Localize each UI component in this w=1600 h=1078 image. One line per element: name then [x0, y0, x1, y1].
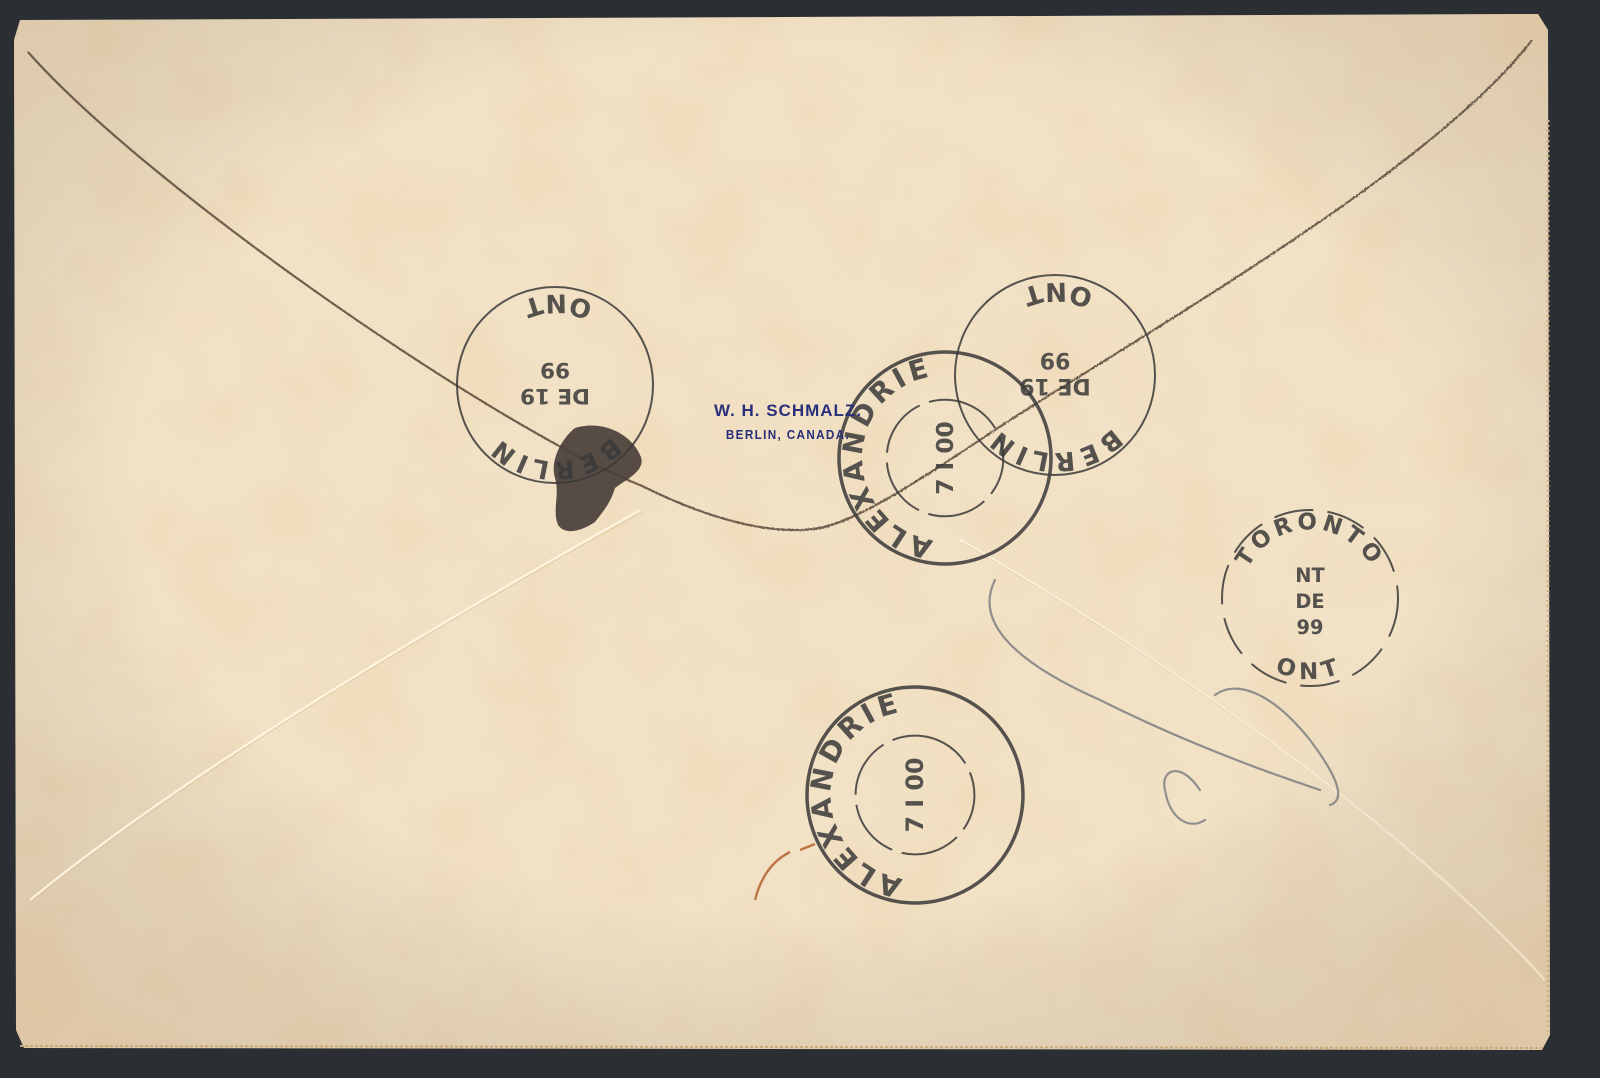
sender-name: W. H. SCHMALZ. [688, 402, 888, 419]
svg-text:DE: DE [1295, 590, 1324, 613]
envelope-photo: BERLINONTDE 1999BERLINONTDE 1999ALEXANDR… [0, 0, 1600, 1078]
svg-text:99: 99 [540, 357, 570, 382]
svg-text:DE 19: DE 19 [520, 383, 590, 408]
svg-text:NT: NT [1295, 564, 1325, 587]
sender-city: BERLIN, CANADA. [698, 428, 878, 441]
svg-text:7 I 00: 7 I 00 [901, 758, 929, 833]
svg-text:7 I 00: 7 I 00 [932, 421, 959, 495]
svg-text:99: 99 [1297, 616, 1324, 639]
sender-imprint: W. H. SCHMALZ. BERLIN, CANADA. [688, 402, 888, 441]
svg-text:99: 99 [1040, 347, 1071, 372]
